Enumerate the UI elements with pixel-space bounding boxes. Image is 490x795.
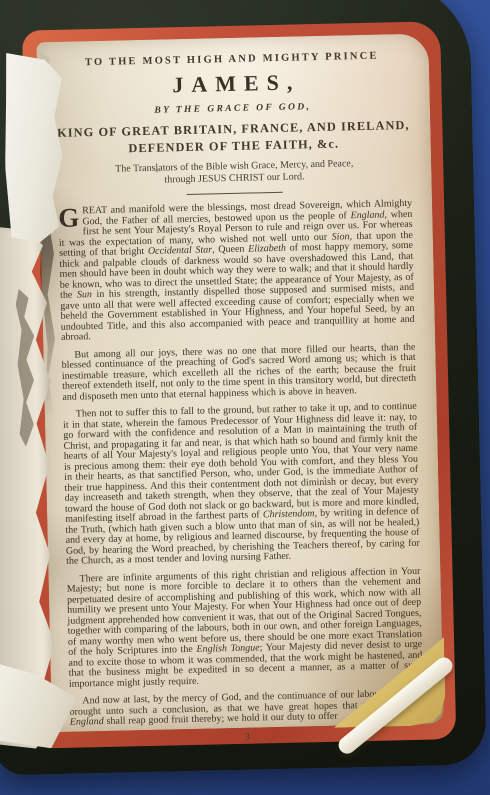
paragraph-2: But among all our joys, there was no one… — [61, 342, 416, 403]
king-name-title: JAMES, — [55, 67, 409, 101]
salutation-line: TO THE MOST HIGH AND MIGHTY PRINCE — [55, 46, 409, 69]
paragraph-2-text: But among all our joys, there was no one… — [62, 341, 417, 402]
paragraph-4: There are infinite arguments of this rig… — [66, 566, 423, 690]
drop-cap-letter: G — [58, 206, 83, 229]
dedication-header: TO THE MOST HIGH AND MIGHTY PRINCE JAMES… — [55, 46, 412, 198]
photo-backdrop: TO THE MOST HIGH AND MIGHTY PRINCE JAMES… — [0, 0, 490, 795]
bible-book: TO THE MOST HIGH AND MIGHTY PRINCE JAMES… — [0, 0, 487, 775]
divider-rule — [187, 192, 283, 195]
paragraph-1-text: REAT and manifold were the blessings, mo… — [59, 198, 415, 343]
paragraph-4-text: There are infinite arguments of this rig… — [67, 565, 423, 689]
grace-of-god-line: BY THE GRACE OF GOD, — [56, 100, 410, 118]
paragraph-3: Then not to suffer this to fall to the g… — [63, 402, 420, 567]
dedication-body: GREAT and manifold were the blessings, m… — [58, 199, 424, 728]
dedication-page: TO THE MOST HIGH AND MIGHTY PRINCE JAMES… — [36, 33, 444, 732]
paragraph-3-text: Then not to suffer this to fall to the g… — [63, 401, 420, 567]
paragraph-1: GREAT and manifold were the blessings, m… — [58, 199, 415, 343]
